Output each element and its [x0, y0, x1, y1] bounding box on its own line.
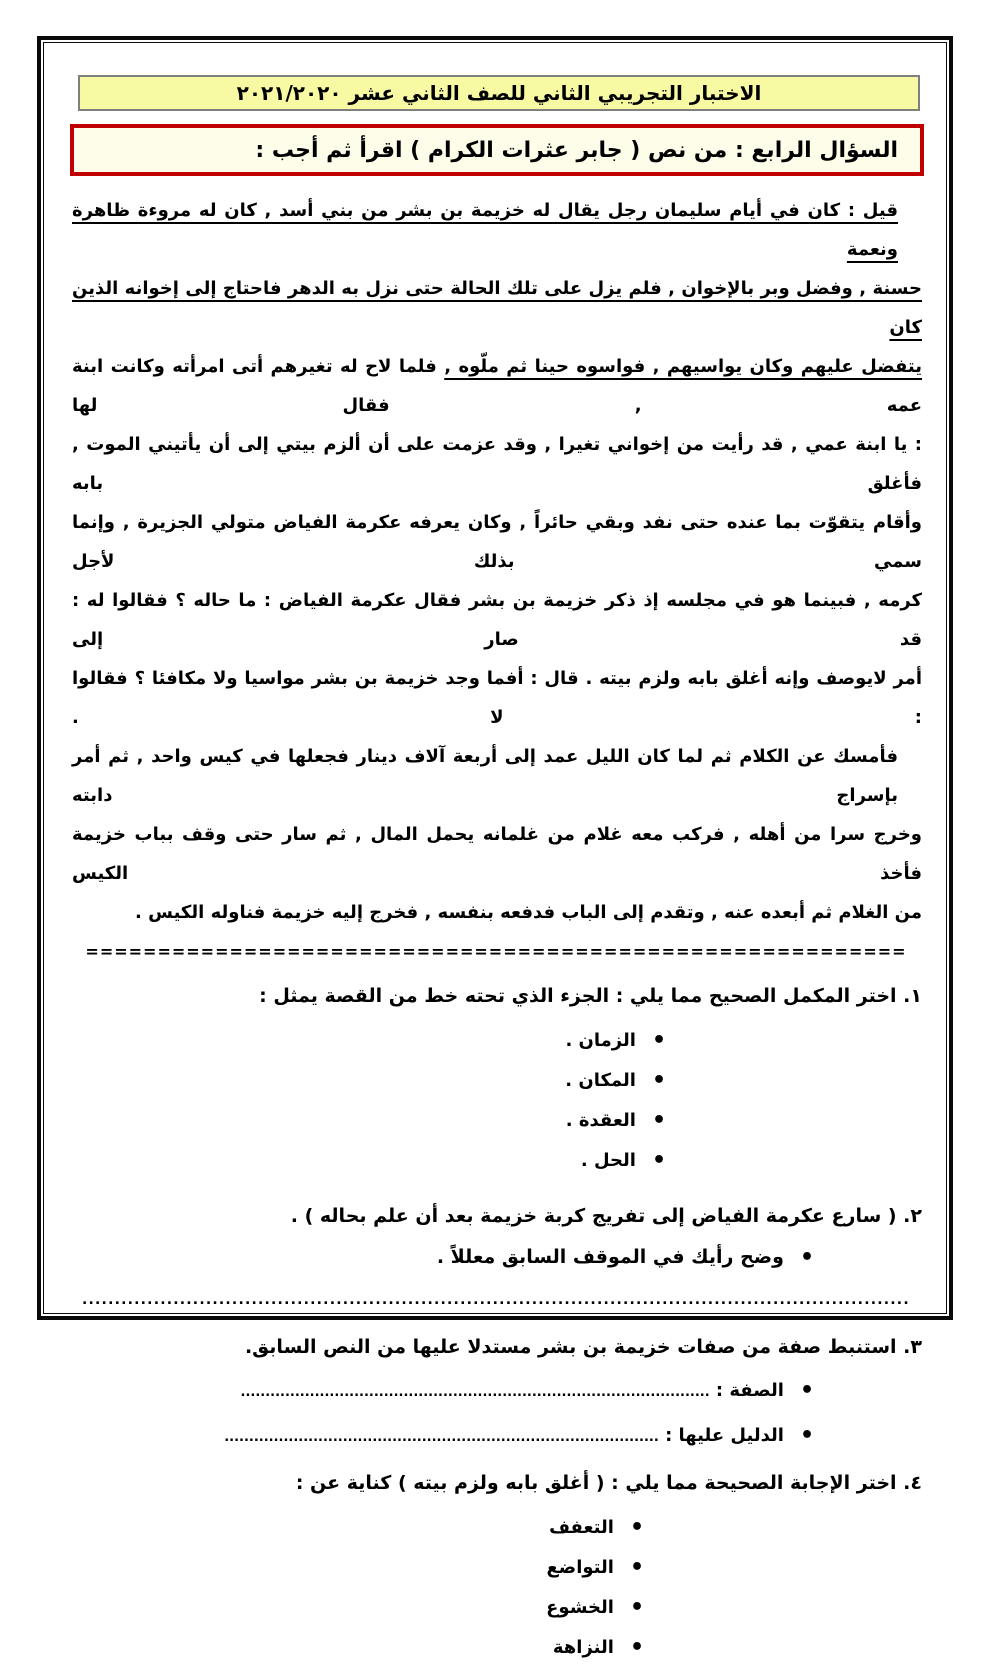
answer-line: ........................................…	[82, 1292, 910, 1312]
option-item: الحل .	[68, 1141, 666, 1181]
passage-line: وخرج سرا من أهله , فركب معه غلام من غلما…	[72, 815, 922, 893]
question-1-options: الزمان . المكان . العقدة . الحل .	[68, 1021, 924, 1181]
trait-answer-row: الصفة : ................................…	[68, 1378, 814, 1403]
passage-line: كرمه , فبينما هو في مجلسه إذ ذكر خزيمة ب…	[72, 581, 922, 659]
page-double-border: الاختبار التجريبي الثاني للصف الثاني عشر…	[37, 36, 953, 1320]
passage-line: حسنة , وفضل وبر بالإخوان , فلم يزل على ت…	[72, 269, 922, 347]
question-4: ٤. اختر الإجابة الصحيحة مما يلي : ( أغلق…	[68, 1472, 922, 1494]
option-item: النزاهة	[68, 1628, 644, 1668]
trait-label: الصفة :	[710, 1380, 784, 1401]
question-1: ١. اختر المكمل الصحيح مما يلي : الجزء ال…	[68, 985, 922, 1007]
option-item: الخشوع	[68, 1588, 644, 1628]
option-item: التعفف	[68, 1508, 644, 1548]
option-item: المكان .	[68, 1061, 666, 1101]
question-3: ٣. استنبط صفة من صفات خزيمة بن بشر مستدل…	[68, 1336, 922, 1358]
passage-line: يتفضل عليهم وكان يواسيهم , فواسوه حينا ث…	[72, 347, 922, 425]
evidence-answer-row: الدليل عليها : .........................…	[68, 1423, 814, 1448]
passage-line: أمر لايوصف وإنه أغلق بابه ولزم بيته . قا…	[72, 659, 922, 737]
option-item: العقدة .	[68, 1101, 666, 1141]
passage-line: : يا ابنة عمي , قد رأيت من إخواني تغيرا …	[72, 425, 922, 503]
question-2: ٢. ( سارع عكرمة الفياض إلى تفريج كربة خز…	[68, 1205, 922, 1227]
question-four-banner: السؤال الرابع : من نص ( جابر عثرات الكرا…	[70, 124, 924, 176]
answer-line: ........................................…	[241, 1385, 710, 1400]
question-2-instruction: وضح رأيك في الموقف السابق معللاً .	[68, 1245, 814, 1270]
evidence-label: الدليل عليها :	[659, 1425, 784, 1446]
answer-line: ........................................…	[224, 1430, 659, 1445]
passage-line: قيل : كان في أيام سليمان رجل يقال له خزي…	[72, 191, 922, 269]
passage-line: من الغلام ثم أبعده عنه , وتقدم إلى الباب…	[72, 893, 922, 932]
passage-line: فأمسك عن الكلام ثم لما كان الليل عمد إلى…	[72, 737, 922, 815]
passage-line: وأقام يتقوّت بما عنده حتى نفد وبقي حائرا…	[72, 503, 922, 581]
exam-title-banner: الاختبار التجريبي الثاني للصف الثاني عشر…	[78, 75, 920, 111]
reading-passage: قيل : كان في أيام سليمان رجل يقال له خزي…	[72, 191, 922, 932]
section-separator: ========================================…	[68, 942, 924, 961]
exam-page: { "document": { "header": { "title": "ال…	[0, 0, 992, 1403]
page-inner-border: الاختبار التجريبي الثاني للصف الثاني عشر…	[43, 42, 947, 1314]
option-item: التواضع	[68, 1548, 644, 1588]
question-4-options: التعفف التواضع الخشوع النزاهة	[68, 1508, 924, 1668]
question-four-title: السؤال الرابع : من نص ( جابر عثرات الكرا…	[255, 138, 898, 163]
option-item: الزمان .	[68, 1021, 666, 1061]
exam-title: الاختبار التجريبي الثاني للصف الثاني عشر…	[237, 81, 762, 105]
